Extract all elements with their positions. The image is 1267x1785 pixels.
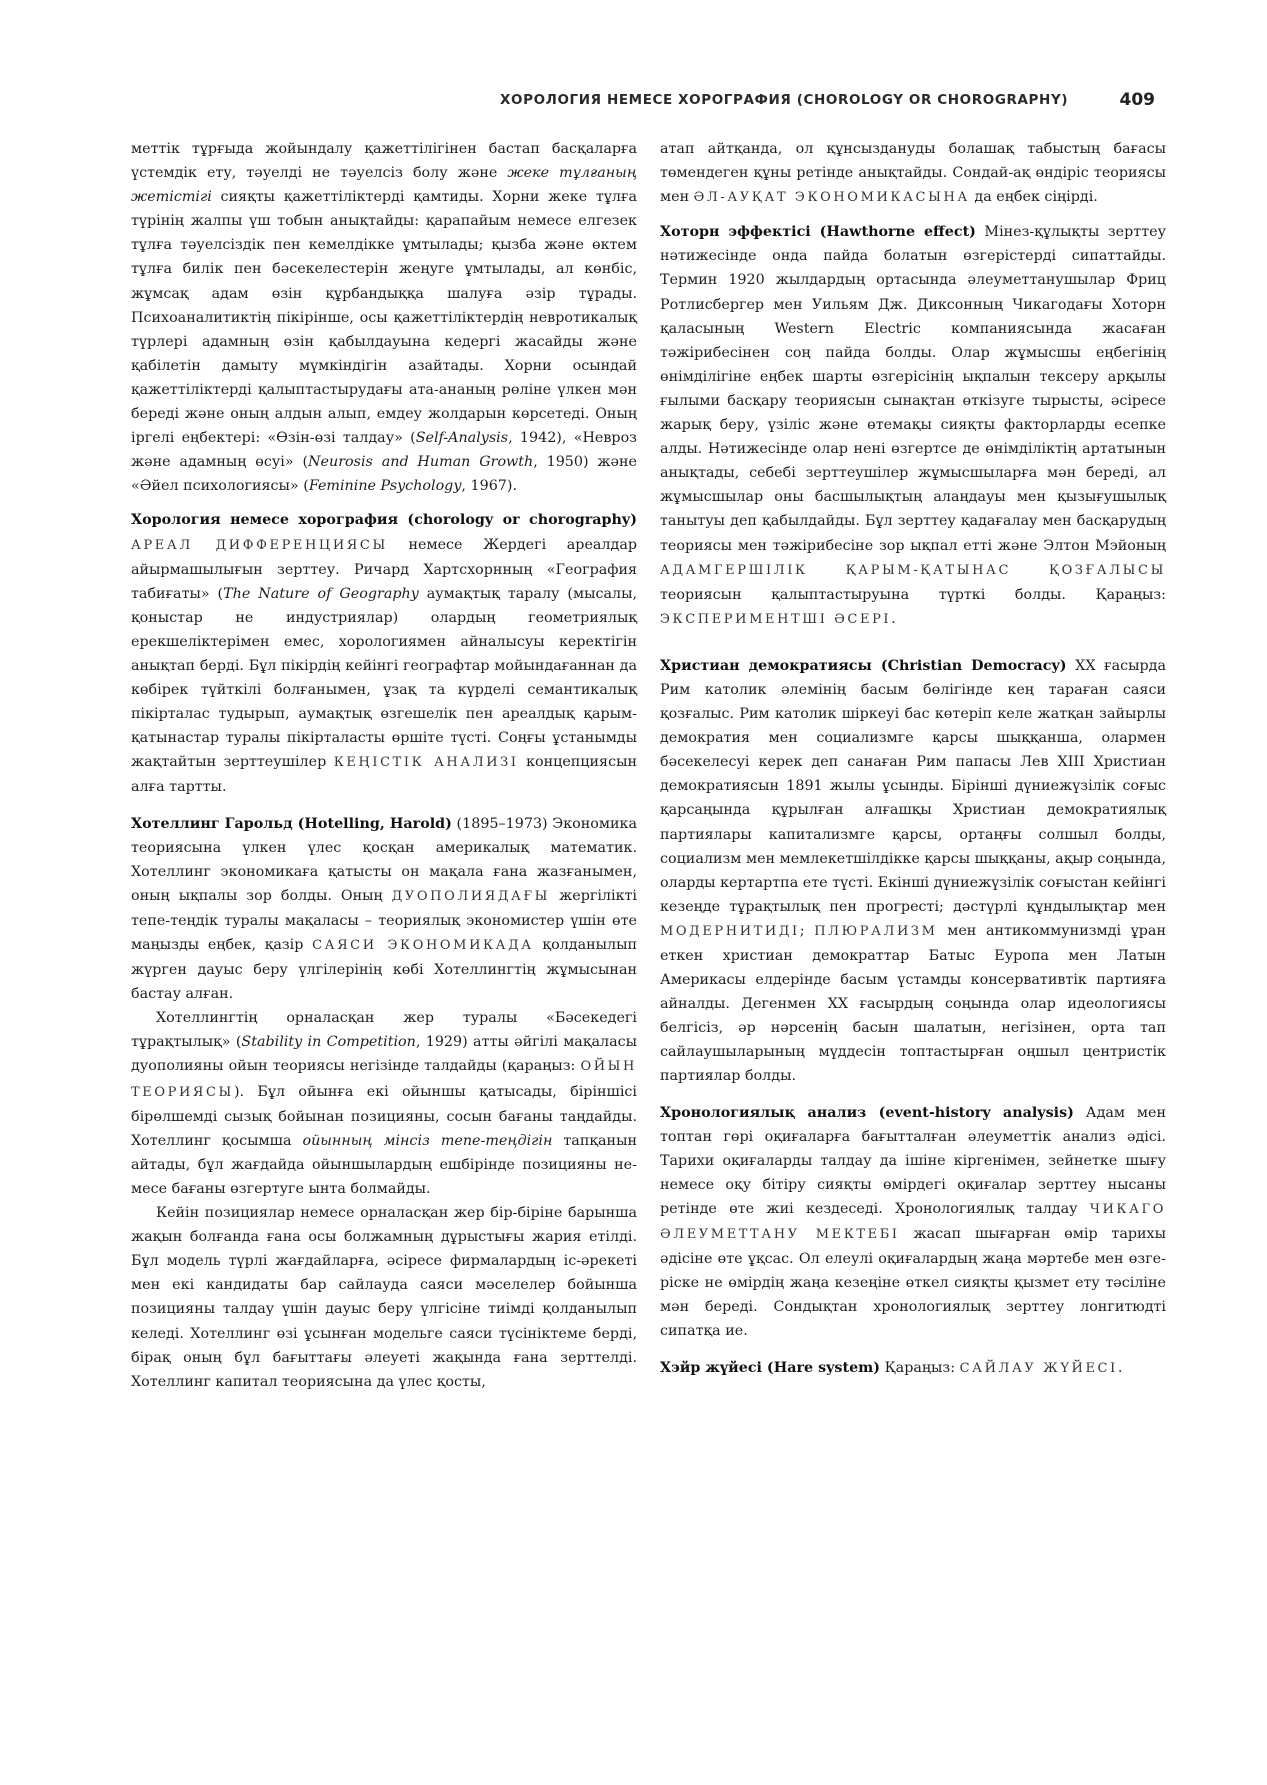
entry-hawthorne-effect: Хоторн эффектісі (Hawthorne effect) Міне… [660, 220, 1166, 632]
running-header: ХОРОЛОГИЯ НЕМЕСЕ ХОРОГРАФИЯ (CHOROLOGY O… [500, 88, 1155, 112]
cross-reference[interactable]: САЙЛАУ ЖҮЙЕСІ [960, 1361, 1118, 1376]
cross-reference[interactable]: САЯСИ ЭКОНОМИКАДА [312, 938, 534, 953]
right-column: атап айтқанда, ол құнсыздануды болашақ т… [660, 137, 1166, 1393]
work-title: Neurosis and Human Growth [308, 454, 533, 470]
cross-reference[interactable]: АРЕАЛ ДИФФЕРЕНЦИЯСЫ [131, 538, 388, 553]
entry-hotelling-para-3: Кейін позициялар немесе орналасқан жер б… [131, 1201, 637, 1394]
entry-spacer [660, 644, 1166, 654]
cross-reference[interactable]: КЕҢІСТІК АНАЛИЗІ [334, 755, 519, 770]
entry-continuation-horney: меттік тұрғыда жойындалу қажеттілігінен … [131, 137, 637, 498]
headword: Хорология немесе хорография (chorology o… [131, 512, 637, 528]
entry-continuation-hotelling: атап айтқанда, ол құнсыздануды болашақ т… [660, 137, 1166, 210]
work-title: Self-Analysis [416, 430, 508, 446]
work-title: Feminine Psychology [309, 478, 462, 494]
entry-hotelling-para-1: Хотеллинг Гарольд (Hotelling, Harold) (1… [131, 812, 637, 1007]
cross-reference[interactable]: ДУО­ПОЛИЯДАҒЫ [392, 889, 550, 904]
headword: Христиан демократиясы (Christian Democra… [660, 658, 1067, 674]
left-column: меттік тұрғыда жойындалу қажеттілігінен … [131, 137, 637, 1406]
headword: Хэйр жүйесі (Hare system) [660, 1360, 880, 1376]
italic-phrase: ойынның мінсіз тепе-теңдігін [302, 1133, 552, 1149]
work-title: Stability in Competition [241, 1034, 415, 1050]
entry-chorology: Хорология немесе хорография (chorology o… [131, 508, 637, 799]
headword: Хронологиялық анализ (event-history anal… [660, 1105, 1074, 1121]
work-title: The Nature of Geography [223, 586, 419, 602]
entry-hare-system: Хэйр жүйесі (Hare system) Қараңыз: САЙЛА… [660, 1356, 1166, 1381]
running-title: ХОРОЛОГИЯ НЕМЕСЕ ХОРОГРАФИЯ (CHOROLOGY O… [500, 92, 1068, 108]
cross-reference[interactable]: АДАМГЕРШІЛІК ҚАРЫМ-ҚАТЫНАС ҚОЗҒАЛЫ­СЫ [660, 563, 1166, 578]
entry-event-history-analysis: Хронологиялық анализ (event-history anal… [660, 1101, 1166, 1344]
page-number: 409 [1120, 90, 1156, 110]
cross-reference[interactable]: ӘЛ-АУҚАТ ЭКОНОМИКАСЫНА [694, 190, 970, 205]
cross-reference[interactable]: ЭКСПЕРИМЕНТШІ ӘСЕРІ [660, 612, 891, 627]
cross-reference[interactable]: ПЛЮРАЛИЗМ [814, 924, 937, 939]
cross-reference[interactable]: МОДЕРНИТИДІ [660, 924, 800, 939]
entry-christian-democracy: Христиан демократиясы (Christian Democra… [660, 654, 1166, 1089]
headword: Хотеллинг Гарольд (Hotelling, Harold) [131, 816, 452, 832]
entry-hotelling-para-2: Хотеллингтің орналасқан жер туралы «Бәсе… [131, 1006, 637, 1201]
life-dates: (1895–1973) [452, 816, 552, 832]
entry-hotelling: Хотеллинг Гарольд (Hotelling, Harold) (1… [131, 812, 637, 1394]
headword: Хоторн эффектісі (Hawthorne effect) [660, 224, 976, 240]
